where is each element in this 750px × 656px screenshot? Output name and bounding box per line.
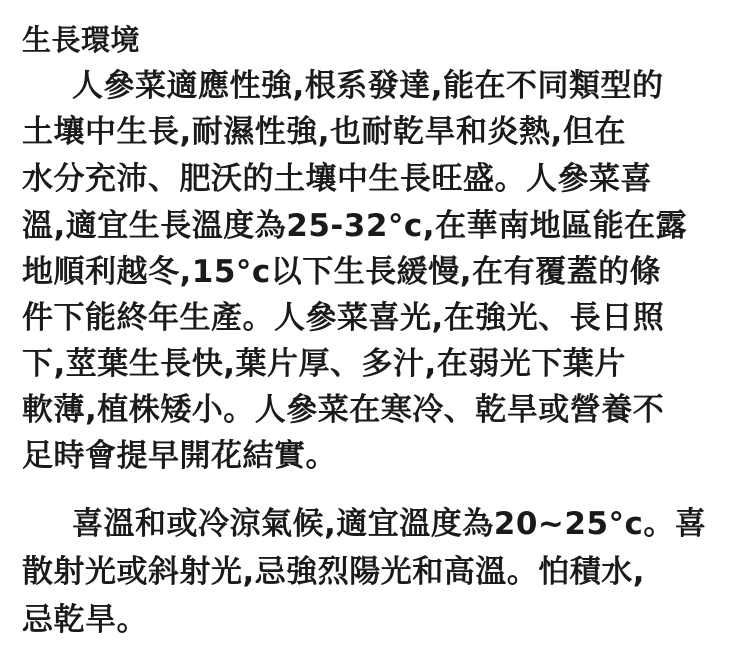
paragraph-1-line-5: 地順利越冬,15°c以下生長緩慢,在有覆蓋的條 — [22, 254, 661, 290]
paragraph-2-line-1: 喜溫和或冷涼氣候,適宜溫度為20~25°c。喜 — [72, 506, 706, 542]
section-heading: 生長環境 — [22, 22, 140, 58]
paragraph-1-line-4: 溫,適宜生長溫度為25-32°c,在華南地區能在露 — [22, 208, 687, 244]
paragraph-1-line-3: 水分充沛、肥沃的土壤中生長旺盛。人參菜喜 — [22, 161, 652, 197]
paragraph-1-line-1: 人參菜適應性強,根系發達,能在不同類型的 — [72, 68, 664, 104]
paragraph-2-line-2: 散射光或斜射光,忌強烈陽光和高溫。怕積水, — [22, 554, 645, 590]
paragraph-1-line-6: 件下能終年生產。人參菜喜光,在強光、長日照 — [22, 300, 664, 336]
paragraph-1-line-8: 軟薄,植株矮小。人參菜在寒冷、乾旱或營養不 — [22, 392, 664, 428]
paragraph-1-line-7: 下,莖葉生長快,葉片厚、多汁,在弱光下葉片 — [22, 346, 626, 382]
paragraph-1-line-2: 土壤中生長,耐濕性強,也耐乾旱和炎熱,但在 — [22, 114, 626, 150]
paragraph-2-line-3: 忌乾旱。 — [22, 602, 148, 638]
paragraph-1-line-9: 足時會提早開花結實。 — [22, 438, 337, 474]
